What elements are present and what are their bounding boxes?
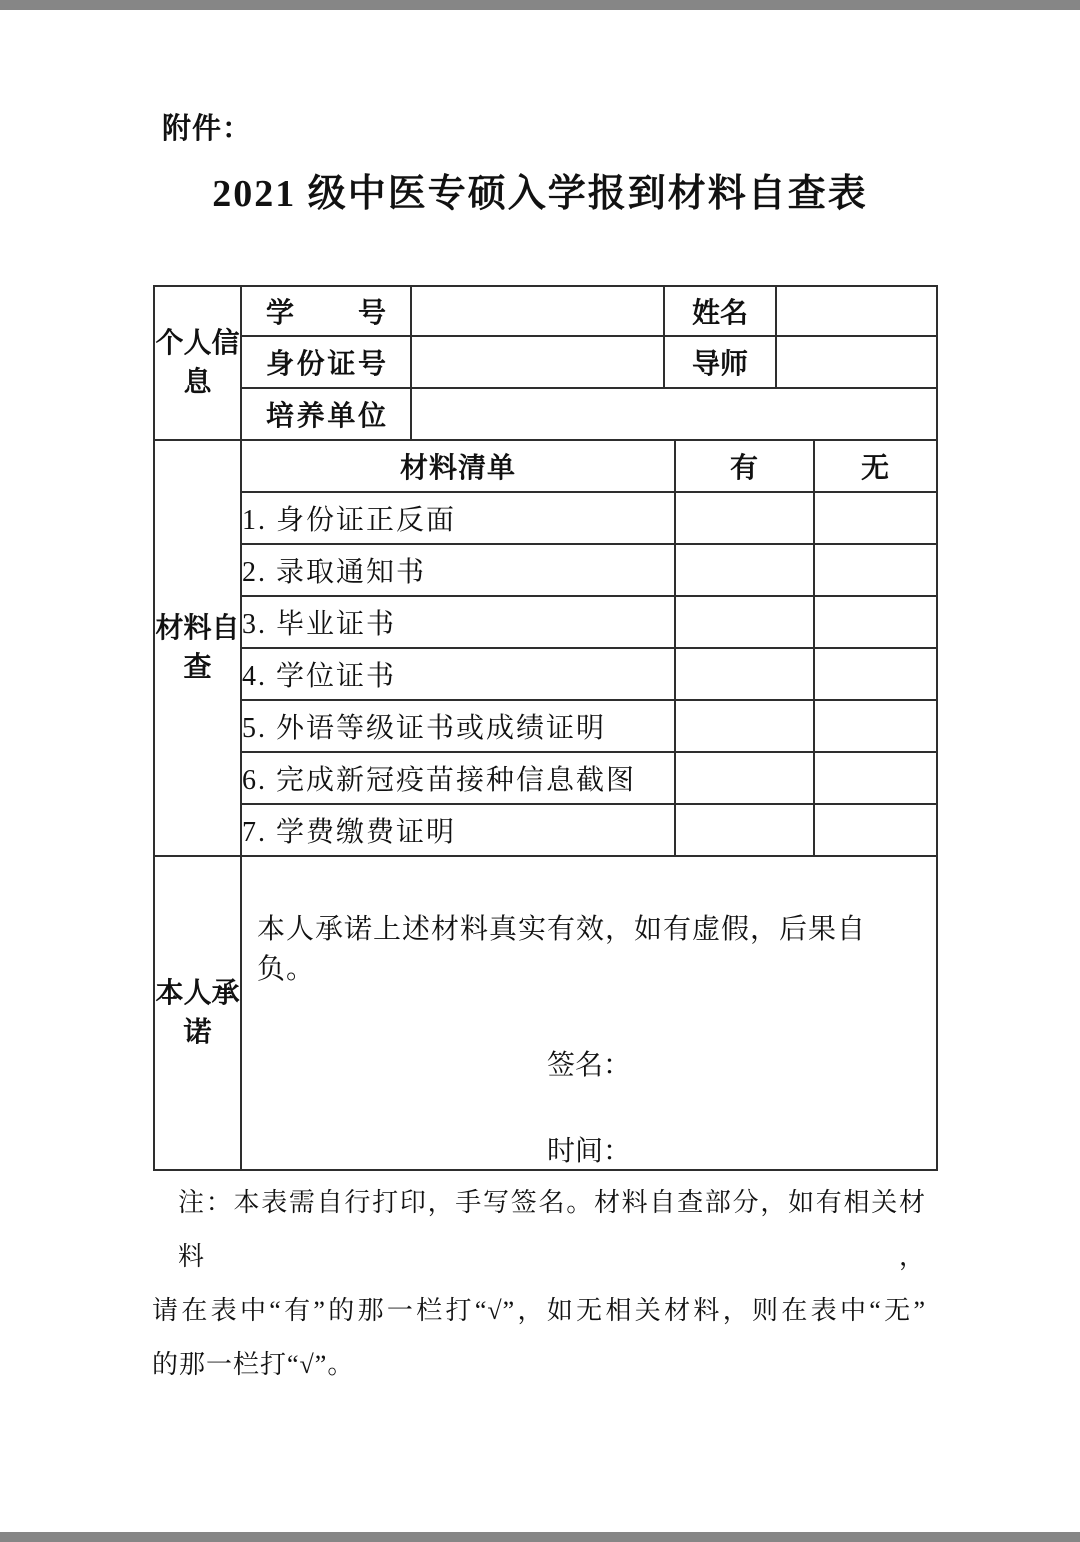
id-number-label: 身份证号 (242, 342, 410, 382)
material-item-row: 1. 身份证正反面 (154, 492, 937, 544)
note-line: 注：本表需自行打印，手写签名。材料自查部分，如有相关材料， (152, 1176, 926, 1284)
student-id-value-cell (411, 286, 664, 336)
materials-header-row: 材料自查 材料清单 有 无 (154, 440, 937, 492)
viewer-bottom-bar (0, 1532, 1080, 1542)
materials-table: 材料自查 材料清单 有 无 1. 身份证正反面 2. 录取通知书 3. 毕业证书 (153, 439, 938, 857)
personal-row-1: 个人信息 学号 姓名 (154, 286, 937, 336)
name-value-cell (776, 286, 937, 336)
material-item-text: 2. 录取通知书 (241, 544, 675, 596)
viewer-top-bar (0, 0, 1080, 10)
materials-list-header: 材料清单 (241, 440, 675, 492)
material-item-row: 6. 完成新冠疫苗接种信息截图 (154, 752, 937, 804)
signature-label: 签名： (242, 1043, 936, 1083)
none-cell (814, 752, 937, 804)
advisor-value-cell (776, 336, 937, 388)
have-cell (675, 544, 814, 596)
have-cell (675, 804, 814, 856)
materials-section-label: 材料自查 (154, 440, 241, 856)
date-label: 时间： (242, 1129, 936, 1169)
note-paragraph: 注：本表需自行打印，手写签名。材料自查部分，如有相关材料， 请在表中“有”的那一… (152, 1176, 926, 1392)
id-number-label-cell: 身份证号 (241, 336, 411, 388)
have-header: 有 (675, 440, 814, 492)
note-line: 的那一栏打“√”。 (152, 1338, 926, 1392)
material-item-row: 2. 录取通知书 (154, 544, 937, 596)
document-page: 附件： 2021 级中医专硕入学报到材料自查表 个人信息 学号 姓名 身份证号 … (0, 0, 1080, 1542)
training-unit-value-cell (411, 388, 937, 440)
commitment-row: 本人承诺 本人承诺上述材料真实有效，如有虚假，后果自负。 签名： 时间： (154, 856, 937, 1170)
material-item-text: 1. 身份证正反面 (241, 492, 675, 544)
have-cell (675, 648, 814, 700)
registration-form-table: 个人信息 学号 姓名 身份证号 导师 培养单位 材料 (153, 285, 936, 1171)
none-cell (814, 648, 937, 700)
material-item-row: 5. 外语等级证书或成绩证明 (154, 700, 937, 752)
name-label: 姓名 (664, 286, 776, 336)
commitment-table: 本人承诺 本人承诺上述材料真实有效，如有虚假，后果自负。 签名： 时间： (153, 855, 938, 1171)
have-cell (675, 492, 814, 544)
have-cell (675, 752, 814, 804)
page-title: 2021 级中医专硕入学报到材料自查表 (0, 162, 1080, 217)
material-item-text: 3. 毕业证书 (241, 596, 675, 648)
training-unit-label-cell: 培养单位 (241, 388, 411, 440)
id-number-value-cell (411, 336, 664, 388)
none-header: 无 (814, 440, 937, 492)
have-cell (675, 596, 814, 648)
attachment-label: 附件： (162, 106, 252, 147)
personal-info-table: 个人信息 学号 姓名 身份证号 导师 培养单位 (153, 285, 938, 441)
none-cell (814, 492, 937, 544)
material-item-text: 6. 完成新冠疫苗接种信息截图 (241, 752, 675, 804)
none-cell (814, 596, 937, 648)
none-cell (814, 544, 937, 596)
none-cell (814, 700, 937, 752)
personal-row-3: 培养单位 (154, 388, 937, 440)
material-item-text: 4. 学位证书 (241, 648, 675, 700)
note-line: 请在表中“有”的那一栏打“√”，如无相关材料，则在表中“无” (152, 1284, 926, 1338)
personal-row-2: 身份证号 导师 (154, 336, 937, 388)
material-item-row: 7. 学费缴费证明 (154, 804, 937, 856)
commitment-content-cell: 本人承诺上述材料真实有效，如有虚假，后果自负。 签名： 时间： (241, 856, 937, 1170)
advisor-label: 导师 (664, 336, 776, 388)
personal-info-section-label: 个人信息 (154, 286, 241, 440)
training-unit-label: 培养单位 (242, 394, 410, 434)
material-item-text: 5. 外语等级证书或成绩证明 (241, 700, 675, 752)
have-cell (675, 700, 814, 752)
none-cell (814, 804, 937, 856)
commitment-statement: 本人承诺上述材料真实有效，如有虚假，后果自负。 (242, 857, 936, 987)
material-item-row: 4. 学位证书 (154, 648, 937, 700)
material-item-text: 7. 学费缴费证明 (241, 804, 675, 856)
material-item-row: 3. 毕业证书 (154, 596, 937, 648)
commitment-section-label: 本人承诺 (154, 856, 241, 1170)
student-id-label-cell: 学号 (241, 286, 411, 336)
student-id-label: 学号 (242, 291, 410, 331)
